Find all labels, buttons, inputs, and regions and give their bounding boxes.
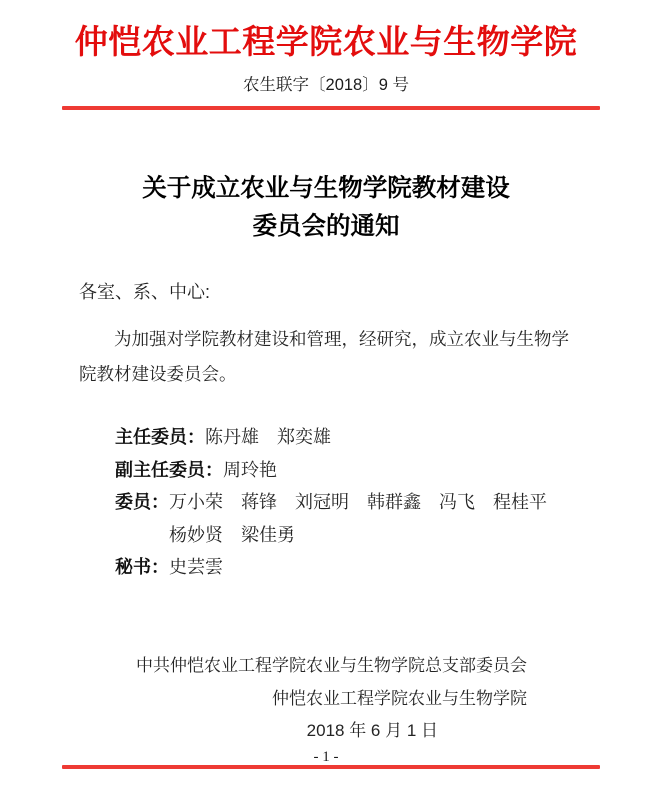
- committee-members-continuation-line: 杨妙贤 梁佳勇: [115, 519, 547, 552]
- document-title: 关于成立农业与生物学院教材建设 委员会的通知: [0, 170, 652, 246]
- document-title-line1: 关于成立农业与生物学院教材建设: [0, 170, 652, 208]
- document-title-line2: 委员会的通知: [0, 208, 652, 246]
- committee-secretary-label: 秘书：: [115, 557, 169, 577]
- body-paragraph: 为加强对学院教材建设和管理，经研究，成立农业与生物学院教材建设委员会。: [79, 322, 584, 392]
- red-header-org-title: 仲恺农业工程学院农业与生物学院: [0, 23, 652, 63]
- signature-block: 中共仲恺农业工程学院农业与生物学院总支部委员会 仲恺农业工程学院农业与生物学院 …: [136, 650, 527, 748]
- committee-vice-chair-label: 副主任委员：: [115, 460, 223, 480]
- page-number: - 1 -: [0, 748, 652, 766]
- committee-members-names-line2: 杨妙贤 梁佳勇: [169, 525, 295, 545]
- document-page: 仲恺农业工程学院农业与生物学院 农生联字〔2018〕9 号 关于成立农业与生物学…: [0, 0, 652, 800]
- committee-secretary-names: 史芸雲: [169, 557, 223, 577]
- signature-org-line1: 中共仲恺农业工程学院农业与生物学院总支部委员会: [136, 650, 527, 683]
- committee-list: 主任委员：陈丹雄 郑奕雄 副主任委员：周玲艳 委员：万小荣 蒋锋 刘冠明 韩群鑫…: [115, 421, 547, 584]
- committee-chair-label: 主任委员：: [115, 427, 205, 447]
- committee-members-names-line1: 万小荣 蒋锋 刘冠明 韩群鑫 冯飞 程桂平: [169, 492, 547, 512]
- committee-vice-chair-line: 副主任委员：周玲艳: [115, 454, 547, 487]
- red-footer-rule: [62, 765, 600, 769]
- committee-vice-chair-names: 周玲艳: [223, 460, 277, 480]
- document-number: 农生联字〔2018〕9 号: [0, 74, 652, 96]
- committee-members-label: 委员：: [115, 492, 169, 512]
- signature-date: 2018 年 6 月 1 日: [136, 715, 527, 748]
- red-header-rule: [62, 106, 600, 110]
- signature-org-line2: 仲恺农业工程学院农业与生物学院: [136, 683, 527, 716]
- committee-secretary-line: 秘书：史芸雲: [115, 551, 547, 584]
- salutation: 各室、系、中心:: [79, 280, 210, 304]
- committee-members-line: 委员：万小荣 蒋锋 刘冠明 韩群鑫 冯飞 程桂平: [115, 486, 547, 519]
- committee-chair-names: 陈丹雄 郑奕雄: [205, 427, 331, 447]
- committee-chair-line: 主任委员：陈丹雄 郑奕雄: [115, 421, 547, 454]
